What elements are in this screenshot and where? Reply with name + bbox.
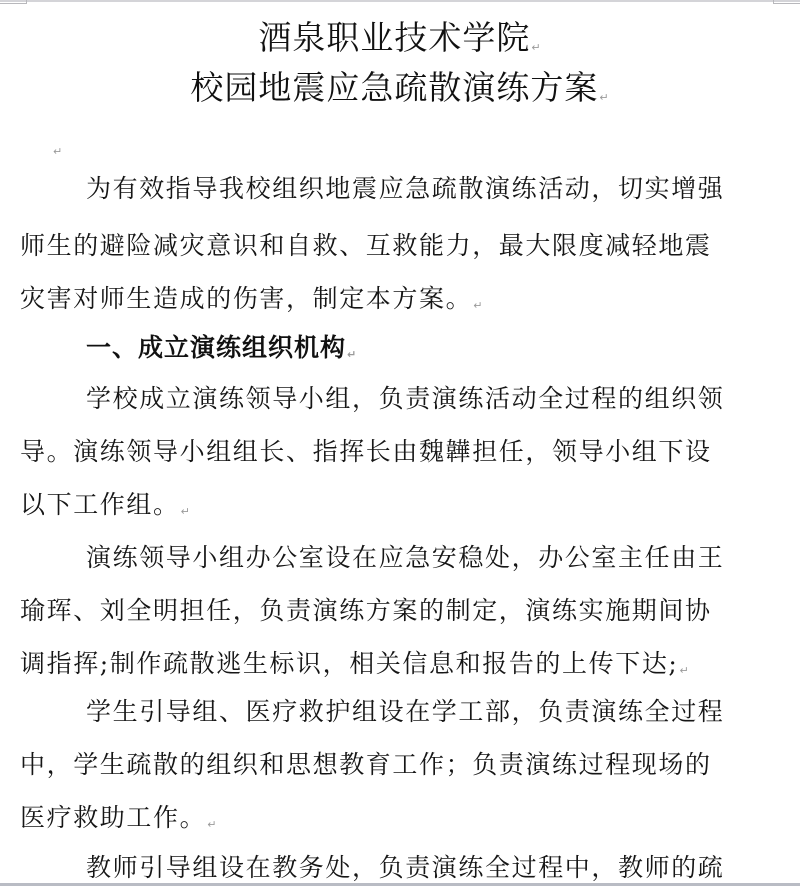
body-text-line: 师生的避险减灾意识和自救、互救能力，最大限度减轻地震 <box>20 231 780 261</box>
title-text: 校园地震应急疏散演练方案 <box>190 68 598 107</box>
empty-paragraph: ↵ <box>52 138 62 158</box>
document-title-line-2: 校园地震应急疏散演练方案↵ <box>0 62 800 109</box>
line-text: 教师引导组设在教务处，负责演练全过程中，教师的疏 <box>86 853 724 882</box>
line-text: 导。演练领导小组组长、指挥长由魏韡担任，领导小组下设 <box>20 437 712 466</box>
body-text-line: 学校成立演练领导小组，负责演练活动全过程的组织领 <box>86 384 780 414</box>
line-text: 医疗救助工作。 <box>20 803 206 832</box>
section-heading: 一、成立演练组织机构↵ <box>86 333 357 370</box>
line-text: 调指挥;制作疏散逃生标识，相关信息和报告的上传下达; <box>20 649 678 678</box>
body-text-line: 演练领导小组办公室设在应急安稳处，办公室主任由王 <box>86 543 780 573</box>
line-text: 师生的避险减灾意识和自救、互救能力，最大限度减轻地震 <box>20 231 712 260</box>
document-title-line-1: 酒泉职业技术学院↵ <box>0 12 800 59</box>
paragraph-mark-icon: ↵ <box>599 91 609 104</box>
paragraph-mark-icon: ↵ <box>181 505 192 518</box>
paragraph-mark-icon: ↵ <box>53 145 62 158</box>
line-text: 中，学生疏散的组织和思想教育工作；负责演练过程现场的 <box>20 750 712 779</box>
body-text-line: 瑜珲、刘全明担任，负责演练方案的制定，演练实施期间协 <box>20 596 780 626</box>
line-text: 演练领导小组办公室设在应急安稳处，办公室主任由王 <box>86 543 724 572</box>
paragraph-mark-icon: ↵ <box>207 818 218 831</box>
title-text: 酒泉职业技术学院 <box>258 18 530 57</box>
paragraph-mark-icon: ↵ <box>531 41 541 54</box>
body-text-line: 导。演练领导小组组长、指挥长由魏韡担任，领导小组下设 <box>20 437 780 467</box>
body-text-line: 中，学生疏散的组织和思想教育工作；负责演练过程现场的 <box>20 750 780 780</box>
body-text-line: 教师引导组设在教务处，负责演练全过程中，教师的疏 <box>86 853 780 883</box>
paragraph-mark-icon: ↵ <box>473 299 484 312</box>
line-text: 瑜珲、刘全明担任，负责演练方案的制定，演练实施期间协 <box>20 596 712 625</box>
heading-text: 一、成立演练组织机构 <box>86 333 346 362</box>
paragraph-mark-icon: ↵ <box>347 348 357 361</box>
line-text: 以下工作组。 <box>20 490 180 519</box>
body-text-line: 灾害对师生造成的伤害，制定本方案。↵ <box>20 284 780 321</box>
line-text: 学生引导组、医疗救护组设在学工部，负责演练全过程 <box>86 697 724 726</box>
line-text: 学校成立演练领导小组，负责演练活动全过程的组织领 <box>86 384 724 413</box>
page-top-edge <box>0 0 800 2</box>
margin-corner-mark-left <box>0 0 27 4</box>
body-text-line: 以下工作组。↵ <box>20 490 780 527</box>
body-text-line: 为有效指导我校组织地震应急疏散演练活动，切实增强 <box>86 174 780 204</box>
body-text-line: 医疗救助工作。↵ <box>20 803 780 840</box>
paragraph-mark-icon: ↵ <box>679 664 690 677</box>
line-text: 灾害对师生造成的伤害，制定本方案。 <box>20 284 472 313</box>
line-text: 为有效指导我校组织地震应急疏散演练活动，切实增强 <box>86 174 724 203</box>
margin-corner-mark-right <box>773 0 800 4</box>
body-text-line: 学生引导组、医疗救护组设在学工部，负责演练全过程 <box>86 697 780 727</box>
body-text-line: 调指挥;制作疏散逃生标识，相关信息和报告的上传下达;↵ <box>20 649 780 686</box>
